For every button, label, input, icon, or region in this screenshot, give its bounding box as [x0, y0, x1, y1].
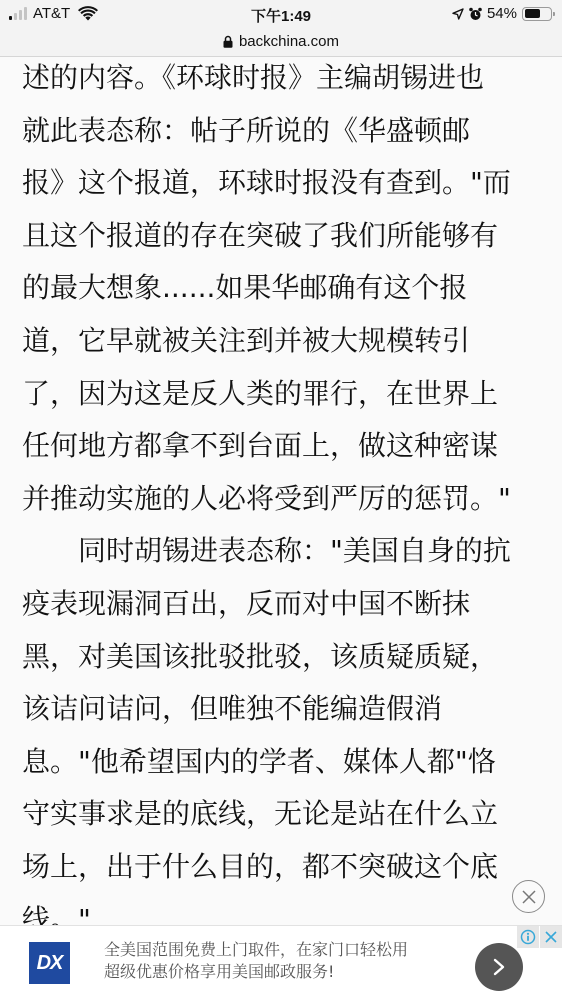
- ad-text[interactable]: 全美国范围免费上门取件，在家门口轻松用 超级优惠价格享用美国邮政服务!: [104, 939, 434, 983]
- browser-top-bar: AT&T 下午1:49 54%: [0, 0, 562, 57]
- adchoices-info-icon: [520, 929, 536, 945]
- text-line: 就此表态称：帖子所说的《华盛顿邮: [22, 105, 552, 158]
- text-line: 场上，出于什么目的，都不突破这个底: [22, 841, 552, 894]
- battery-icon: [522, 7, 552, 21]
- text-line: 疫表现漏洞百出，反而对中国不断抹: [22, 578, 552, 631]
- text-line: 且这个报道的存在突破了我们所能够有: [22, 210, 552, 263]
- text-line: 的最大想象......如果华邮确有这个报: [22, 262, 552, 315]
- text-line: 黑，对美国该批驳批驳，该质疑质疑，: [22, 631, 552, 684]
- ad-close-button[interactable]: [540, 926, 562, 948]
- status-right: 54%: [452, 5, 552, 22]
- text-line: 了，因为这是反人类的罪行，在世界上: [22, 368, 552, 421]
- alarm-icon: [469, 7, 482, 21]
- text-line: 道，它早就被关注到并被大规模转引: [22, 315, 552, 368]
- paragraph: 同时胡锡进表态称："美国自身的抗 疫表现漏洞百出，反而对中国不断抹 黑，对美国该…: [22, 525, 552, 946]
- close-circle-icon: [521, 889, 537, 905]
- text-line: 息。"他希望国内的学者、媒体人都"恪: [22, 736, 552, 789]
- url-bar[interactable]: backchina.com: [0, 30, 562, 52]
- adchoices: [517, 926, 562, 948]
- ad-logo[interactable]: DX: [29, 942, 70, 984]
- battery-percent: 54%: [487, 5, 517, 22]
- lock-icon: [223, 35, 233, 48]
- text-line: 该诘问诘问，但唯独不能编造假消: [22, 683, 552, 736]
- text-line: 报》这个报道，环球时报没有查到。"而: [22, 157, 552, 210]
- location-arrow-icon: [452, 8, 464, 20]
- text-line: 同时胡锡进表态称："美国自身的抗: [22, 525, 552, 578]
- close-ad-button[interactable]: [512, 880, 545, 913]
- status-bar: AT&T 下午1:49 54%: [0, 0, 562, 28]
- text-line: 守实事求是的底线，无论是站在什么立: [22, 788, 552, 841]
- paragraph: 述的内容。《环球时报》主编胡锡进也 就此表态称：帖子所说的《华盛顿邮 报》这个报…: [22, 52, 552, 525]
- ad-banner[interactable]: DX 全美国范围免费上门取件，在家门口轻松用 超级优惠价格享用美国邮政服务!: [0, 925, 562, 1000]
- text-line: 任何地方都拿不到台面上，做这种密谋: [22, 420, 552, 473]
- chevron-right-icon: [492, 957, 506, 977]
- ad-go-button[interactable]: [475, 943, 523, 991]
- url-text[interactable]: backchina.com: [239, 33, 339, 50]
- ad-line-2: 超级优惠价格享用美国邮政服务!: [104, 961, 434, 983]
- ad-close-icon: [544, 930, 558, 944]
- article-body: 述的内容。《环球时报》主编胡锡进也 就此表态称：帖子所说的《华盛顿邮 报》这个报…: [22, 52, 552, 946]
- text-line: 述的内容。《环球时报》主编胡锡进也: [22, 52, 552, 105]
- text-line: 并推动实施的人必将受到严厉的惩罚。": [22, 473, 552, 526]
- ad-line-1: 全美国范围免费上门取件，在家门口轻松用: [104, 939, 434, 961]
- ad-info-button[interactable]: [517, 926, 539, 948]
- ad-logo-text: DX: [37, 952, 63, 975]
